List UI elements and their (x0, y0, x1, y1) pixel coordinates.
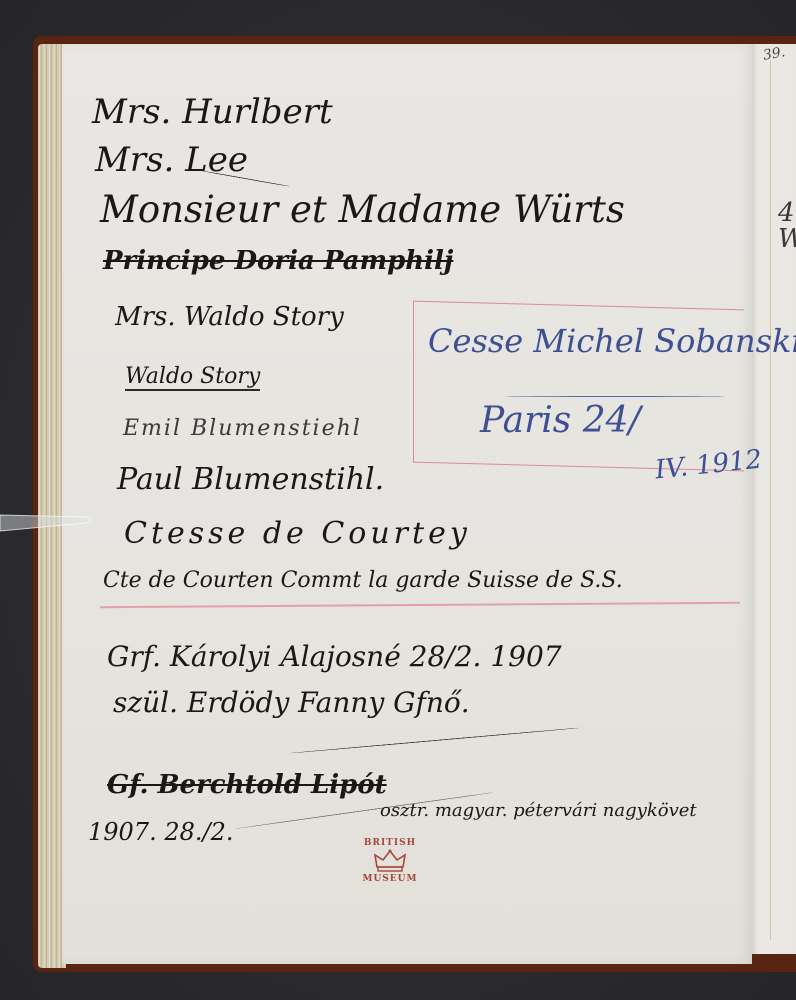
crown-icon (373, 849, 407, 873)
flourish-sobanski (505, 396, 725, 397)
signature-waldo-story: Waldo Story (125, 364, 260, 391)
signature-sobanski: Cesse Michel Sobanski (428, 322, 796, 360)
gutter-line (770, 60, 771, 940)
signature-wurts: Monsieur et Madame Würts (100, 188, 625, 231)
stamp-text-bottom: MUSEUM (345, 874, 435, 884)
signature-emil-blumenstiehl: Emil Blumenstiehl (123, 416, 362, 441)
signature-paul-blumenstihl: Paul Blumenstihl. (117, 462, 384, 497)
date-1907: 1907. 28./2. (88, 818, 234, 846)
signature-karolyi: Grf. Károlyi Alajosné 28/2. 1907 (107, 640, 562, 673)
signature-ctesse-de-courtey: Ctesse de Courtey (124, 516, 471, 551)
signature-hurlbert: Mrs. Hurlbert (92, 92, 333, 132)
facing-page-script: 4 W (778, 200, 796, 252)
signature-erdody: szül. Erdödy Fanny Gfnő. (113, 686, 470, 719)
signature-doria-pamphilj: Principe Doria Pamphilj (103, 246, 453, 276)
place-date-paris: Paris 24/ (480, 400, 641, 441)
signature-cte-de-courten: Cte de Courten Commt la garde Suisse de … (103, 568, 623, 593)
stamp-text-top: BRITISH (345, 838, 435, 848)
title-ambassador: osztr. magyar. pétervári nagykövet (380, 800, 697, 821)
signature-mrs-waldo-story: Mrs. Waldo Story (115, 302, 344, 332)
signature-berchtold: Gf. Berchtold Lipót (107, 770, 387, 800)
british-museum-stamp: BRITISH MUSEUM (345, 838, 435, 898)
facing-page-edge (752, 44, 796, 954)
page-clip-icon (0, 505, 96, 535)
